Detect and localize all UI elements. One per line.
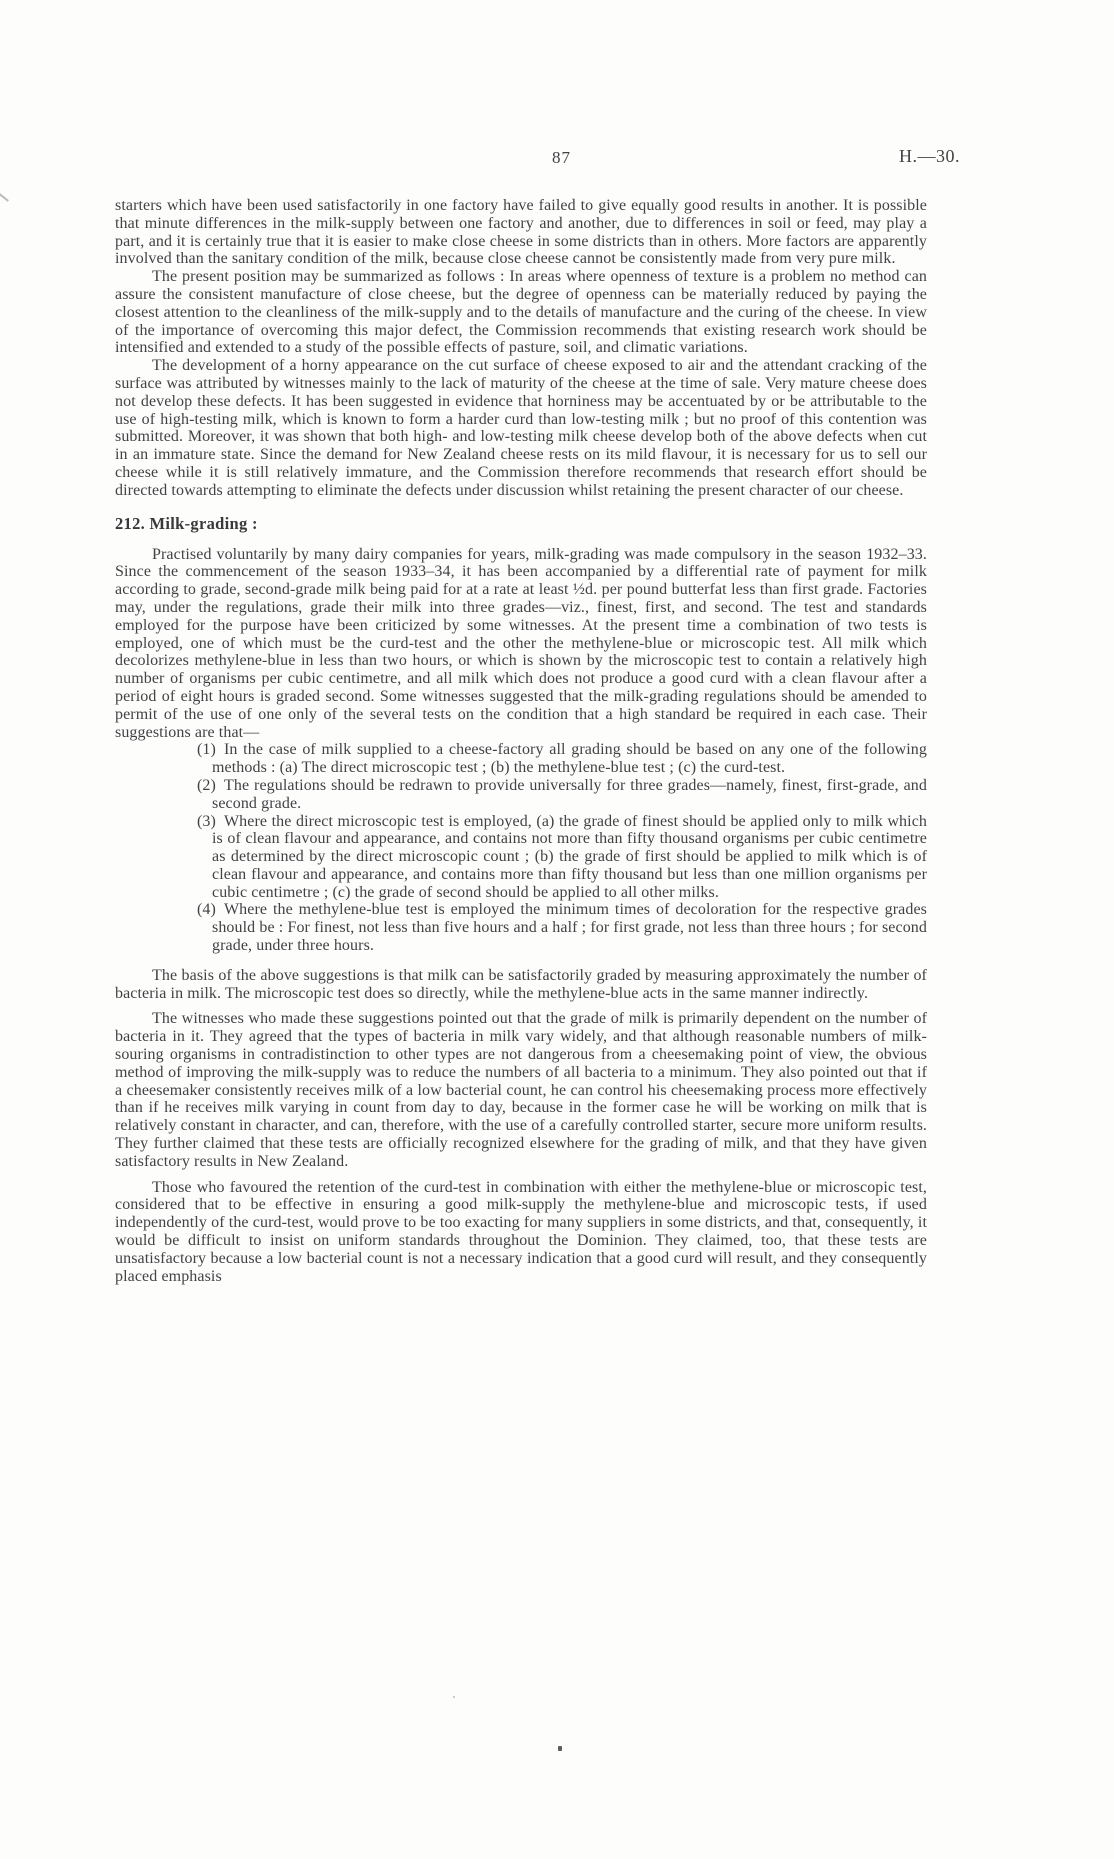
paragraph: The development of a horny appearance on… <box>115 357 927 499</box>
suggestions-list: (1)In the case of milk supplied to a che… <box>115 741 927 955</box>
paragraph: The basis of the above suggestions is th… <box>115 967 927 1003</box>
report-code: H.—30. <box>899 146 960 167</box>
paragraph: Those who favoured the retention of the … <box>115 1179 927 1286</box>
section-heading: 212. Milk-grading : <box>115 514 927 534</box>
page-header: 87 H.—30. <box>115 146 960 172</box>
ink-speck <box>558 1746 562 1751</box>
list-item: (1)In the case of milk supplied to a che… <box>115 741 927 777</box>
paragraph: Practised voluntarily by many dairy comp… <box>115 546 927 742</box>
list-item-number: (3) <box>197 813 216 830</box>
paragraph-continuation: starters which have been used satisfacto… <box>115 197 927 268</box>
list-item-number: (1) <box>197 741 216 758</box>
paragraph: The witnesses who made these suggestions… <box>115 1010 927 1170</box>
list-item-number: (2) <box>197 777 216 794</box>
list-item: (4)Where the methylene-blue test is empl… <box>115 901 927 954</box>
text-block: starters which have been used satisfacto… <box>115 197 927 1285</box>
list-item-text: Where the direct microscopic test is emp… <box>212 813 927 901</box>
list-item-text: In the case of milk supplied to a cheese… <box>212 741 927 776</box>
page-number: 87 <box>552 148 571 168</box>
list-item-text: The regulations should be redrawn to pro… <box>212 777 927 812</box>
document-page: 87 H.—30. starters which have been used … <box>0 0 1114 1859</box>
list-item-text: Where the methylene-blue test is employe… <box>212 901 927 954</box>
scan-mark <box>0 190 9 201</box>
list-item: (3)Where the direct microscopic test is … <box>115 813 927 902</box>
list-item-number: (4) <box>197 901 216 918</box>
list-item: (2)The regulations should be redrawn to … <box>115 777 927 813</box>
ink-speck <box>453 1696 455 1698</box>
paragraph: The present position may be summarized a… <box>115 268 927 357</box>
